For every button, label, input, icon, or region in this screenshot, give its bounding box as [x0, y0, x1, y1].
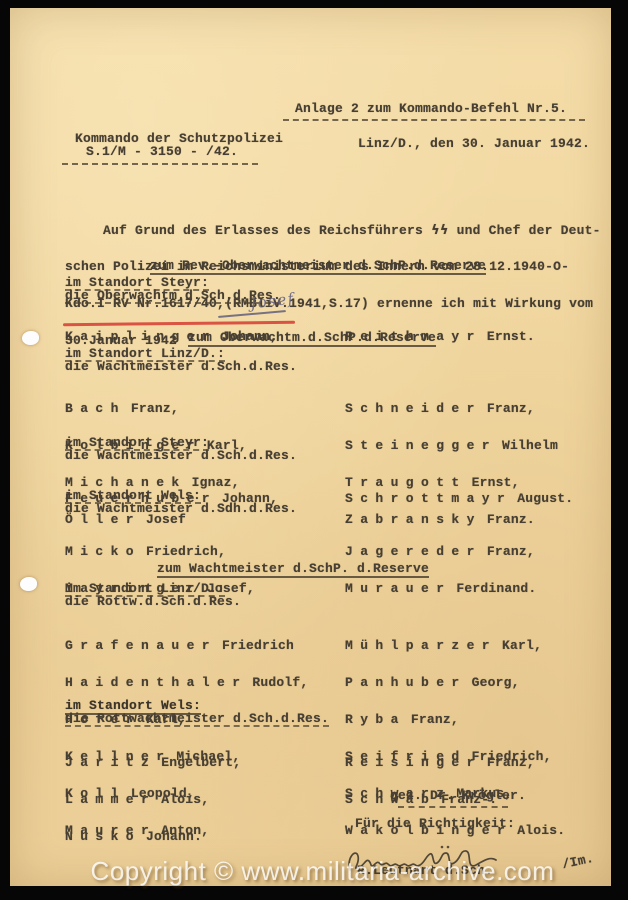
intro-line-1: Auf Grund des Erlasses des Reichsführers… — [65, 225, 601, 237]
dateline: Linz/D., den 30. Januar 1942. — [358, 138, 590, 150]
name-row: JaritzEngelbert, ReisingerFranz, — [65, 756, 605, 769]
forename: Franz, — [487, 401, 535, 416]
surname: Bach — [65, 401, 126, 416]
rank-line-wels-1: die Wachtmeister d.Sdh.d.Res. — [65, 503, 297, 515]
surname: Reisinger — [345, 755, 482, 770]
forename: Franz, — [487, 544, 535, 559]
forename: Franz, — [411, 712, 459, 727]
forename: Friedrich, — [146, 544, 226, 559]
surname: Jagereder — [345, 544, 482, 559]
punch-hole-bottom — [20, 577, 37, 591]
section-heading-wachtmeister: zum Wachtmeister d.SchP. d.Reserve — [157, 563, 429, 578]
file-reference: S.1/M - 3150 - /42. — [86, 146, 238, 158]
surname: Lammer — [65, 792, 156, 807]
surname: Nusko — [65, 829, 141, 844]
forename: Alois, — [161, 792, 209, 807]
signed-underline — [398, 806, 508, 808]
rank-line-linz-2: die Rottw.d.Sch.d.Res. — [65, 596, 241, 608]
forename: Karl, — [502, 638, 542, 653]
rank-line-linz-1: die Wachtmeister d.Sch.d.Res. — [65, 361, 297, 373]
copyright-watermark: Copyright © www.militaria-archive.com — [10, 856, 611, 887]
rank-line-wels-2: die Rottwachtmeister d.Sch.d.Res. — [65, 713, 329, 727]
certification-line: Für die Richtigkeit: — [355, 818, 515, 830]
surname: Schneider — [345, 401, 482, 416]
punch-hole-top — [22, 331, 39, 345]
name-row: MickoFriedrich, JagerederFranz, — [65, 545, 605, 558]
name-row: BachFranz, SchneiderFranz, — [65, 402, 605, 415]
ss-runes-symbol: ϟϟ — [431, 223, 449, 238]
surname: Micko — [65, 544, 141, 559]
surname: Schrottmayr — [345, 491, 512, 506]
forename: Ernst. — [487, 329, 535, 344]
intro-line1-pre: Auf Grund des Erlasses des Reichsführers — [103, 223, 431, 238]
forename: Wilhelm — [502, 438, 558, 453]
surname: Steinegger — [345, 438, 497, 453]
section-heading-oberwachtmeister: zum Oberwachtm.d.SchP.d.Reserve — [188, 332, 436, 347]
surname: Panhuber — [345, 675, 467, 690]
anlage-heading: Anlage 2 zum Kommando-Befehl Nr.5. — [295, 103, 567, 115]
forename: Franz, — [131, 401, 179, 416]
forename: August. — [517, 491, 573, 506]
surname: Jaritz — [65, 755, 156, 770]
file-reference-underline — [62, 163, 258, 165]
name-row: NuskoJohann. — [65, 830, 605, 843]
document-page: Anlage 2 zum Kommando-Befehl Nr.5. Komma… — [10, 8, 611, 886]
surname: Grafenauer — [65, 638, 217, 653]
surname: Haidenthaler — [65, 675, 247, 690]
scanned-document-photo: { "page": { "watermark": "Copyright © ww… — [0, 0, 628, 900]
surname: Murauer — [345, 581, 451, 596]
forename: Rudolf, — [252, 675, 308, 690]
name-row: HaidenthalerRudolf, PanhuberGeorg, — [65, 676, 605, 689]
forename: Ferdinand. — [456, 581, 536, 596]
forename: Johann. — [146, 829, 202, 844]
section-heading-rev-oberwachtmeister: zum Rev.-Oberwachtmeister d.SchP.d.Reser… — [150, 260, 486, 275]
name-row: GrafenauerFriedrich MühlparzerKarl, — [65, 639, 605, 652]
rank-line-steyr-2: die Wachtmeister d.Sch.d.Res. — [65, 450, 297, 462]
forename: Friedrich — [222, 638, 294, 653]
anlage-underline — [283, 119, 585, 121]
forename: Franz, — [487, 755, 535, 770]
surname: Ryba — [345, 712, 406, 727]
signed-by-line: gez. Dr. Krögler. — [390, 790, 526, 802]
intro-line1-post: und Chef der Deut- — [449, 223, 601, 238]
forename: Engelbert, — [161, 755, 241, 770]
forename: Georg, — [472, 675, 520, 690]
surname: Mühlparzer — [345, 638, 497, 653]
